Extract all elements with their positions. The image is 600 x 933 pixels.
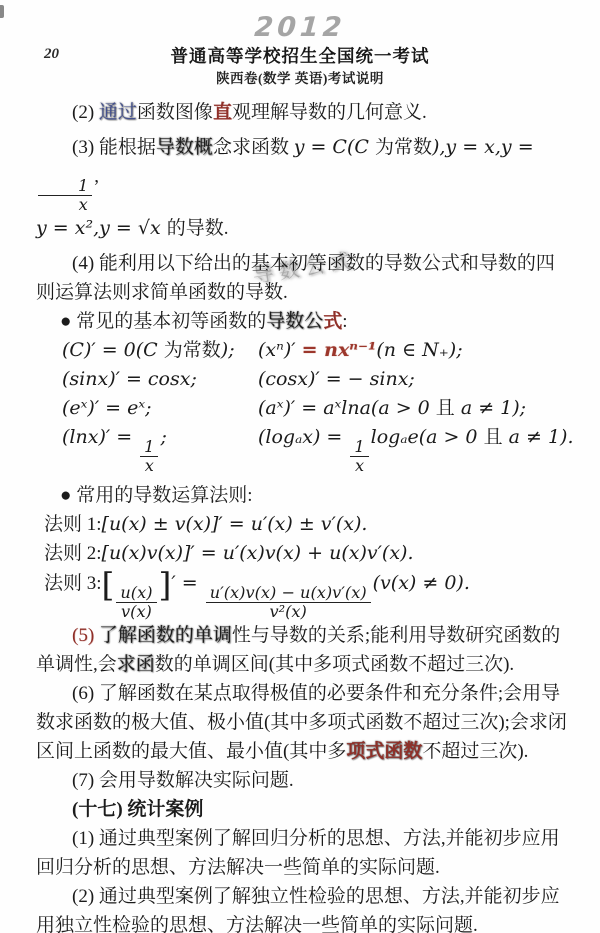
formula-right: (xⁿ)′ = nxⁿ⁻¹(n ∈ N₊); xyxy=(258,336,574,365)
item-number: (2) xyxy=(72,102,99,123)
right-bracket: ] xyxy=(159,565,172,604)
math-text: [u(x)v(x)]′ = u′(x)v(x) + u(x)v′(x). xyxy=(102,542,414,564)
item-3-line-1: (3) 能根据导数概念求函数 y = C(C 为常数),y = x,y = 1x… xyxy=(36,133,574,214)
bullet-rules-heading: ● 常用的导数运算法则: xyxy=(60,481,574,510)
body-text: ● 常用的导数运算法则: xyxy=(60,485,253,506)
formula-row-sin-cos: (sinx)′ = cosx; (cosx)′ = − sinx; xyxy=(62,365,574,394)
fraction-numerator: 1 xyxy=(140,438,158,457)
rule-2-line: 法则 2:[u(x)v(x)]′ = u′(x)v(x) + u(x)v′(x)… xyxy=(44,539,574,568)
section-17-heading: (十七) 统计案例 xyxy=(36,795,574,824)
math-text: ); xyxy=(221,339,235,361)
body-text: (6) 了解函数在某点取得极值的必要条件和充分条件;会用导 xyxy=(72,683,560,704)
stat-item-2-line-1: (2) 通过典型案例了解独立性检验的思想、方法,并能初步应 xyxy=(36,882,574,911)
fraction: 1x xyxy=(350,438,368,475)
fraction-numerator: 1 xyxy=(350,438,368,457)
stat-item-2-line-2: 用独立性检验的思想、方法解决一些简单的实际问题. xyxy=(36,911,574,933)
math-text: [u(x) ± v(x)]′ = u′(x) ± v′(x). xyxy=(102,513,368,535)
body-text: 不超过三次). xyxy=(422,741,528,762)
bullet-icon: ● xyxy=(60,311,71,332)
body-text: 观理解导数的几何意义. xyxy=(232,102,427,123)
rule-label: 法则 3: xyxy=(44,573,102,594)
rule-3-line: 法则 3:[u(x)v(x)]′ = u′(x)v(x) − u(x)v′(x)… xyxy=(44,568,574,621)
body-text: (1) 通过典型案例了解回归分析的思想、方法,并能初步应用 xyxy=(72,828,560,849)
year-watermark: 2012 xyxy=(0,12,600,43)
math-text: (aˣ)′ = aˣlna(a > 0 xyxy=(258,397,436,419)
math-text: (v(x) ≠ 0). xyxy=(373,572,470,594)
body-text: 数的单调区间(其中多项式函数不超过三次). xyxy=(155,654,514,675)
formula-left: (eˣ)′ = eˣ; xyxy=(62,394,258,423)
item-number: (3) xyxy=(72,137,99,158)
fraction-denominator: x xyxy=(141,457,158,475)
rule-1-line: 法则 1:[u(x) ± v(x)]′ = u′(x) ± v′(x). xyxy=(44,510,574,539)
smudged-text: 了解函数的单调 xyxy=(99,625,232,646)
body-text: 能根据 xyxy=(99,137,156,158)
fraction-numerator: u′(x)v(x) − u(x)v′(x) xyxy=(206,584,371,603)
body-text: 单调性,会 xyxy=(36,654,117,675)
body-text: : xyxy=(342,311,347,332)
item-number: (5) xyxy=(72,625,99,646)
fraction-denominator: v²(x) xyxy=(266,603,311,621)
formula-row-exp: (eˣ)′ = eˣ; (aˣ)′ = aˣlna(a > 0 且 a ≠ 1)… xyxy=(62,394,574,423)
artifact-red-text: 项式函数 xyxy=(346,741,422,762)
body-text: 区间上函数的最大值、最小值(其中多 xyxy=(36,741,346,762)
math-text: (C)′ = 0(C xyxy=(62,339,164,361)
formula-row-constant-power: (C)′ = 0(C 为常数); (xⁿ)′ = nxⁿ⁻¹(n ∈ N₊); xyxy=(62,336,574,365)
item-3-line-2: y = x²,y = √x 的导数. xyxy=(36,214,574,243)
exam-subtitle: 陕西卷(数学 英语)考试说明 xyxy=(0,67,600,87)
smudged-text: 导数公 xyxy=(266,311,323,332)
formula-left: (C)′ = 0(C 为常数); xyxy=(62,336,258,365)
smudged-text: 求函 xyxy=(117,654,155,675)
body-text: 念求函数 xyxy=(213,137,294,158)
body-text: (7) 会用导数解决实际问题. xyxy=(72,770,294,791)
artifact-red-char: 直 xyxy=(213,102,232,123)
math-text: y = C(C xyxy=(294,136,375,158)
math-text: ; xyxy=(160,426,166,448)
item-2-line: (2) 通过函数图像直观理解导数的几何意义. xyxy=(36,98,574,127)
rule-label: 法则 2: xyxy=(44,543,102,564)
rule-label: 法则 1: xyxy=(44,514,102,535)
body-text: 且 xyxy=(484,427,503,448)
exam-title: 普通高等学校招生全国统一考试 xyxy=(0,43,600,68)
item-6-line-1: (6) 了解函数在某点取得极值的必要条件和充分条件;会用导 xyxy=(36,679,574,708)
left-bracket: [ xyxy=(102,565,115,604)
formula-row-log: (lnx)′ = 1x; (logₐx) = 1xlogₐe(a > 0 且 a… xyxy=(62,423,574,475)
stat-item-1-line-2: 回归分析的思想、方法解决一些简单的实际问题. xyxy=(36,853,574,882)
math-text: (lnx)′ = xyxy=(62,426,138,448)
scanned-document-page: 2012 20 普通高等学校招生全国统一考试 陕西卷(数学 英语)考试说明 导数… xyxy=(0,0,600,933)
math-text: ),y = x,y = xyxy=(432,136,534,158)
item-7-line: (7) 会用导数解决实际问题. xyxy=(36,766,574,795)
fraction-numerator: 1 xyxy=(38,177,92,196)
fraction: 1x xyxy=(38,177,92,214)
artifact-red-char: 式 xyxy=(323,311,342,332)
stat-item-1-line-1: (1) 通过典型案例了解回归分析的思想、方法,并能初步应用 xyxy=(36,824,574,853)
math-text: (xⁿ)′ xyxy=(258,339,302,361)
fraction-denominator: x xyxy=(39,196,92,214)
item-6-line-3: 区间上函数的最大值、最小值(其中多项式函数不超过三次). xyxy=(36,737,574,766)
math-text: ′ = xyxy=(171,572,203,594)
body-text: (2) 通过典型案例了解独立性检验的思想、方法,并能初步应 xyxy=(72,886,560,907)
document-body: (2) 通过函数图像直观理解导数的几何意义. (3) 能根据导数概念求函数 y … xyxy=(36,98,574,933)
formula-right: (cosx)′ = − sinx; xyxy=(258,365,574,394)
item-5-line-2: 单调性,会求函数的单调区间(其中多项式函数不超过三次). xyxy=(36,650,574,679)
body-text: 则运算法则求简单函数的导数. xyxy=(36,282,288,303)
body-text: 函数图像 xyxy=(137,102,213,123)
math-text: (n ∈ N₊); xyxy=(376,339,462,361)
fraction-denominator: v(x) xyxy=(117,603,156,621)
item-4-line-2: 则运算法则求简单函数的导数. xyxy=(36,278,574,307)
formula-left: (lnx)′ = 1x; xyxy=(62,423,258,475)
item-6-line-2: 数求函数的极大值、极小值(其中多项式函数不超过三次);会求闭 xyxy=(36,708,574,737)
body-text: (4) 能利用以下给出的基本初等函数的导数公式和导数的四 xyxy=(72,253,555,274)
artifact-red-math: = nxⁿ⁻¹ xyxy=(302,339,377,361)
fraction: 1x xyxy=(140,438,158,475)
bullet-formulas-heading: ● 常见的基本初等函数的导数公式: xyxy=(60,307,574,336)
math-text: a ≠ 1). xyxy=(503,426,574,448)
formula-left: (sinx)′ = cosx; xyxy=(62,365,258,394)
fraction: u′(x)v(x) − u(x)v′(x)v²(x) xyxy=(206,584,371,621)
math-text: a ≠ 1); xyxy=(455,397,526,419)
body-text: 数求函数的极大值、极小值(其中多项式函数不超过三次);会求闭 xyxy=(36,712,567,733)
body-text: 且 xyxy=(436,398,455,419)
item-4-line-1: (4) 能利用以下给出的基本初等函数的导数公式和导数的四 xyxy=(36,249,574,278)
body-text: 常见的基本初等函数的 xyxy=(71,311,266,332)
math-text: y = x²,y = √x xyxy=(36,217,167,239)
body-text: 回归分析的思想、方法解决一些简单的实际问题. xyxy=(36,857,440,878)
math-text: (logₐx) = xyxy=(258,426,348,448)
body-text: 性与导数的关系;能利用导数研究函数的 xyxy=(232,625,560,646)
body-text: 用独立性检验的思想、方法解决一些简单的实际问题. xyxy=(36,915,478,933)
artifact-blue-text: 通过 xyxy=(99,102,137,123)
item-5-line-1: (5) 了解函数的单调性与导数的关系;能利用导数研究函数的 xyxy=(36,621,574,650)
body-text: 的导数. xyxy=(167,218,229,239)
fraction-denominator: x xyxy=(351,457,368,475)
body-text: 为常数 xyxy=(375,137,432,158)
fraction: u(x)v(x) xyxy=(116,584,156,621)
formula-right: (aˣ)′ = aˣlna(a > 0 且 a ≠ 1); xyxy=(258,394,574,423)
fraction-numerator: u(x) xyxy=(116,584,156,603)
smudged-text: 导数概 xyxy=(156,137,213,158)
body-text: 为常数 xyxy=(164,340,221,361)
body-text: , xyxy=(94,166,99,187)
math-text: logₐe(a > 0 xyxy=(371,426,484,448)
formula-right: (logₐx) = 1xlogₐe(a > 0 且 a ≠ 1). xyxy=(258,423,574,475)
section-title: (十七) 统计案例 xyxy=(72,799,203,820)
